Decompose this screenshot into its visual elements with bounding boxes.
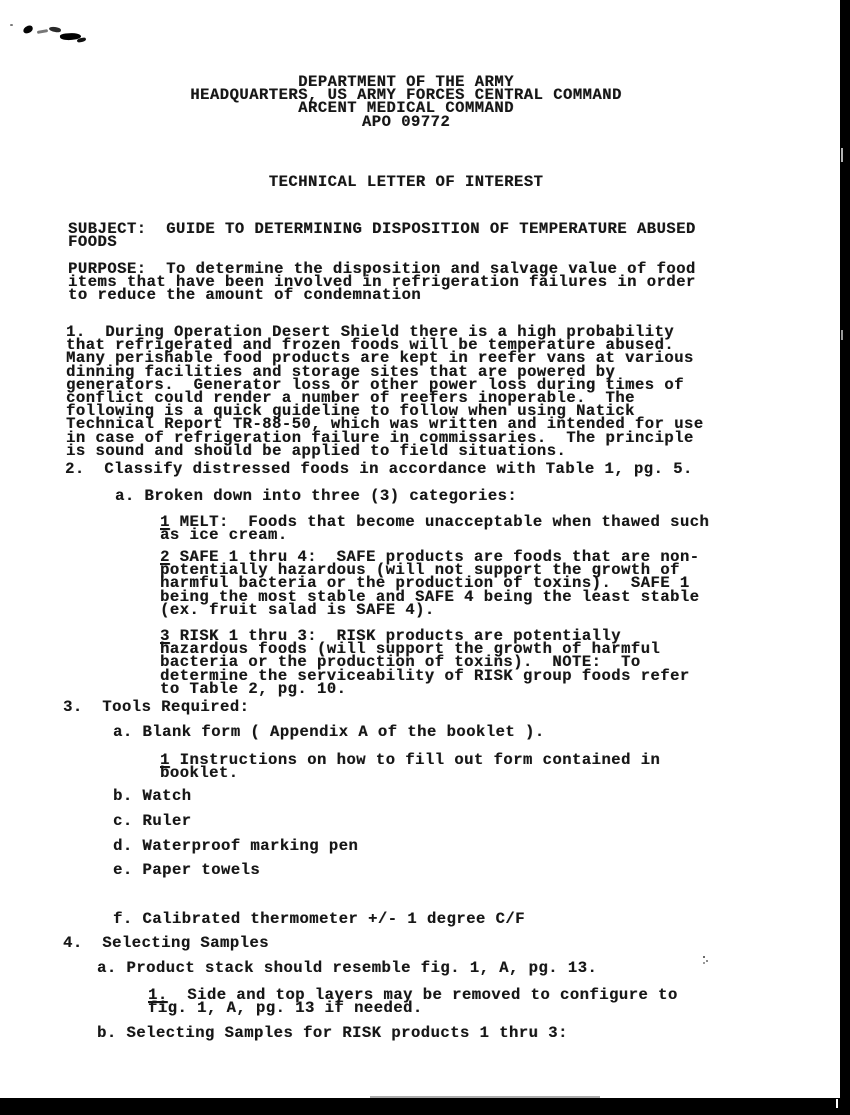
item-3f: f. Calibrated thermometer +/- 1 degree C… [113,913,525,926]
ink-streak [37,29,48,34]
category-melt: 1 MELT: Foods that become unacceptable w… [160,516,709,542]
category-risk: 3 RISK 1 thru 3: RISK products are poten… [160,630,690,696]
item-4a1-rest: fig. 1, A, pg. 13 if needed. [148,1002,678,1015]
item-4a1: 1. Side and top layers may be removed to… [148,989,678,1015]
ink-blob [22,25,34,35]
category-melt-rest: as ice cream. [160,529,709,542]
item-3e: e. Paper towels [113,864,260,877]
section-4-heading: 4. Selecting Samples [63,937,269,950]
item-4a: a. Product stack should resemble fig. 1,… [97,962,597,975]
ink-speck [10,24,13,26]
scan-edge-right [840,0,850,1115]
scan-edge-notch [836,1099,838,1108]
item-3c: c. Ruler [113,815,191,828]
category-safe-rest: potentially hazardous (will not support … [160,564,699,617]
category-risk-rest: hazardous foods (will support the growth… [160,643,690,696]
item-3d: d. Waterproof marking pen [113,840,358,853]
item-3a1-instructions: 1 Instructions on how to fill out form c… [160,754,660,780]
item-4b: b. Selecting Samples for RISK products 1… [97,1027,568,1040]
ink-blob [49,26,62,33]
scan-edge-bottom [0,1098,850,1115]
paragraph-1: 1. During Operation Desert Shield there … [66,326,704,458]
letterhead: DEPARTMENT OF THE ARMY HEADQUARTERS, US … [0,76,812,129]
section-2-heading: 2. Classify distressed foods in accordan… [65,463,693,476]
stray-ink-speck [703,956,705,958]
instructions-first-line: Instructions on how to fill out form con… [170,751,660,769]
ink-blob [77,37,87,43]
item-3b: b. Watch [113,790,191,803]
scan-edge-notch [841,330,843,340]
purpose-block: PURPOSE: To determine the disposition an… [68,263,696,303]
scanned-document-page: DEPARTMENT OF THE ARMY HEADQUARTERS, US … [0,0,850,1115]
subject-block: SUBJECT: GUIDE TO DETERMINING DISPOSITIO… [68,223,696,249]
document-title: TECHNICAL LETTER OF INTEREST [0,176,812,189]
section-3-heading: 3. Tools Required: [63,701,249,714]
item-3a: a. Blank form ( Appendix A of the bookle… [113,726,545,739]
category-safe: 2 SAFE 1 thru 4: SAFE products are foods… [160,551,699,617]
instructions-rest: booklet. [160,767,660,780]
scan-edge-notch [841,148,843,162]
item-2a: a. Broken down into three (3) categories… [115,490,517,503]
